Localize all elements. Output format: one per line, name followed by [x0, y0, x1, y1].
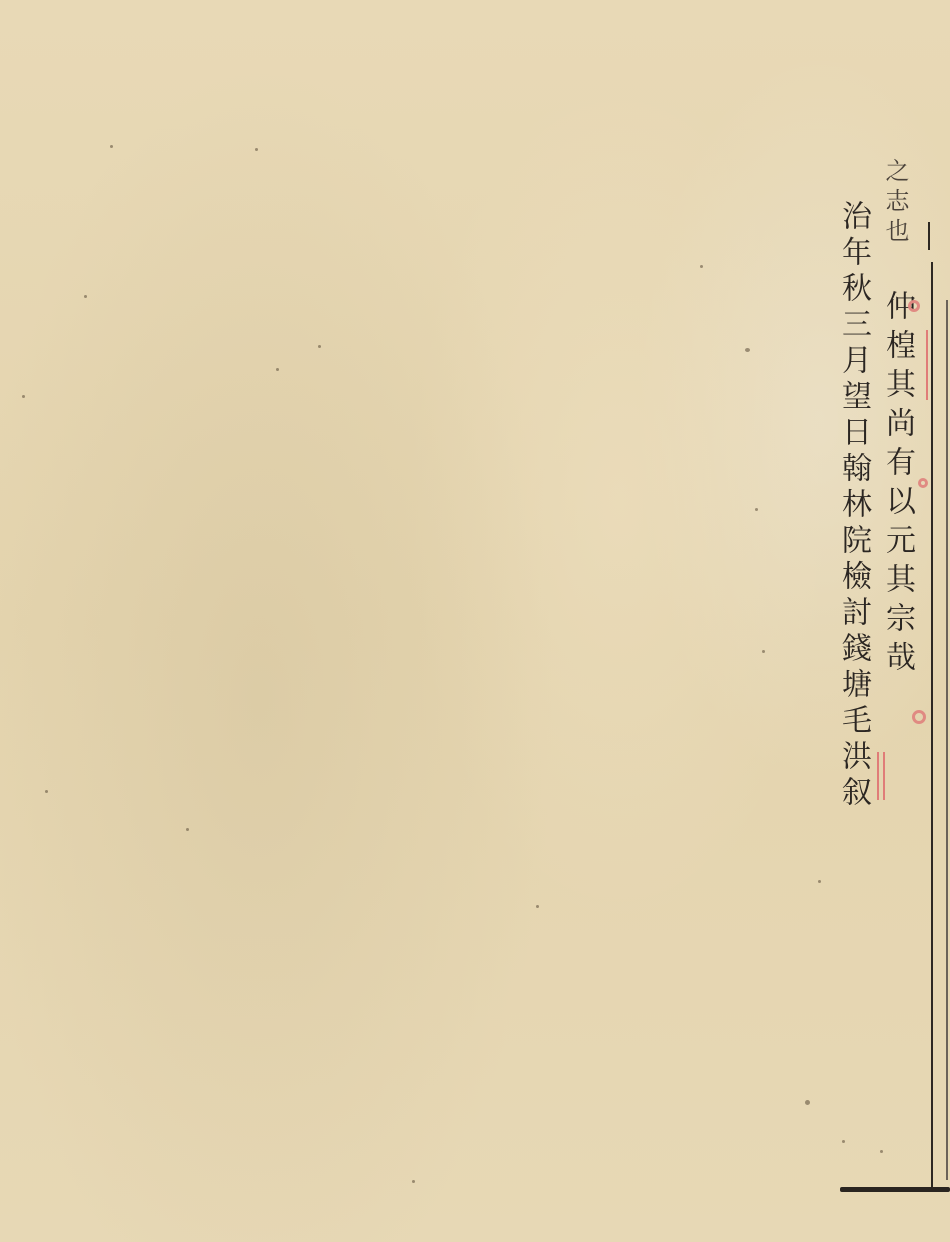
paper-speck: [745, 348, 750, 352]
paper-speck: [818, 880, 821, 883]
paper-speck: [318, 345, 321, 348]
text-column-left: 治年秋三月望日翰林院檢討錢塘毛洪叙: [836, 200, 870, 812]
paper-speck: [110, 145, 113, 148]
paper-speck: [45, 790, 48, 793]
paper-speck: [880, 1150, 883, 1153]
paper-speck: [255, 148, 258, 151]
outer-border-rule: [946, 300, 948, 1180]
red-place-bar: [877, 752, 885, 800]
red-circle-mark: [908, 300, 920, 312]
paper-speck: [700, 265, 703, 268]
paper-speck: [842, 1140, 845, 1143]
paper-speck: [276, 368, 279, 371]
paper-speck: [805, 1100, 810, 1105]
right-border-rule: [931, 262, 933, 1190]
border-rule-short: [928, 222, 930, 250]
paper-speck: [762, 650, 765, 653]
paper-background: [0, 0, 950, 1242]
red-name-bar: [926, 330, 929, 400]
red-circle-mark: [912, 710, 926, 724]
red-circle-mark: [918, 478, 928, 488]
paper-speck: [84, 295, 87, 298]
paper-speck: [412, 1180, 415, 1183]
text-column-right-top: 之志也: [878, 158, 912, 248]
paper-speck: [536, 905, 539, 908]
paper-speck: [22, 395, 25, 398]
text-column-right: 仲楻其尚有以元其宗哉: [880, 290, 914, 680]
paper-speck: [186, 828, 189, 831]
bottom-border-rule: [840, 1187, 950, 1192]
paper-speck: [755, 508, 758, 511]
